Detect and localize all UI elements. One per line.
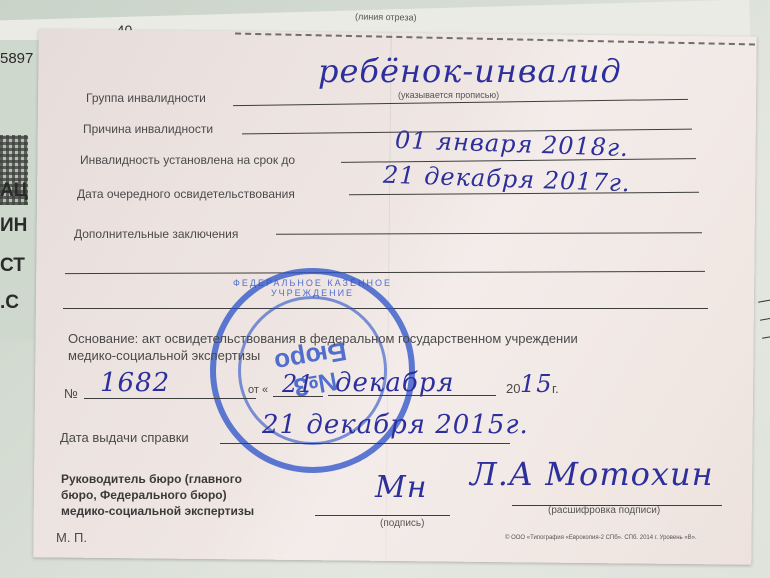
signatory-title-line-3: медико-социальной экспертизы	[61, 504, 254, 519]
basis-text-line-2: медико-социальной экспертизы	[68, 348, 260, 363]
fragment-text: 5897	[0, 50, 33, 67]
fragment-text: .С	[0, 292, 19, 314]
signatory-title-line-1: Руководитель бюро (главного	[61, 472, 242, 487]
signature-hint: (подпись)	[380, 518, 424, 529]
act-day-value: 21	[282, 370, 315, 398]
issue-date-value: 21 декабря 2015г.	[262, 410, 529, 440]
fragment-text: СТ	[0, 255, 25, 277]
signature: Мн	[375, 470, 427, 505]
cut-line-label: (линия отреза)	[355, 11, 417, 22]
background-mark	[758, 298, 770, 302]
act-year-suffix: г.	[552, 381, 559, 396]
field-label-additional-conclusions: Дополнительные заключения	[74, 227, 238, 241]
field-label-next-examination: Дата очередного освидетельствования	[77, 187, 295, 201]
decode-hint: (расшифровка подписи)	[548, 505, 660, 516]
signature-decode-value: Л.А Мотохин	[470, 455, 714, 493]
field-line	[84, 398, 256, 399]
fragment-text: ИН	[0, 215, 27, 237]
field-label-disability-cause: Причина инвалидности	[83, 122, 213, 136]
stamp-ring-text: ФЕДЕРАЛЬНОЕ КАЗЁННОЕ УЧРЕЖДЕНИЕ	[216, 278, 409, 298]
background-document-fragment: 5897 АЦ ИН СТ .С	[0, 40, 40, 340]
field-hint-in-words: (указывается прописью)	[398, 90, 499, 100]
field-label-valid-until: Инвалидность установлена на срок до	[80, 153, 295, 167]
issue-date-label: Дата выдачи справки	[60, 430, 189, 445]
fragment-text: АЦ	[0, 180, 28, 202]
field-value-disability-group: ребёнок-инвалид	[318, 52, 622, 90]
printer-copyright: © ООО «Типография «Еврокопия-2 СПб». СПб…	[505, 535, 697, 541]
act-number-label: №	[64, 386, 78, 401]
act-year-value: 15	[520, 370, 553, 398]
act-number-value: 1682	[100, 368, 170, 398]
seal-place-label: М. П.	[56, 530, 87, 545]
field-label-disability-group: Группа инвалидности	[86, 91, 206, 105]
act-year-prefix: 20	[506, 381, 520, 396]
signature-line	[315, 515, 450, 516]
signatory-title-line-2: бюро, Федерального бюро)	[61, 488, 227, 503]
field-line	[220, 443, 510, 444]
background-mark	[762, 334, 770, 338]
act-date-from-label: от «	[248, 384, 268, 396]
background-mark	[760, 316, 770, 320]
basis-text-line-1: Основание: акт освидетельствования в фед…	[68, 331, 578, 346]
act-month-value: декабря	[335, 368, 455, 398]
